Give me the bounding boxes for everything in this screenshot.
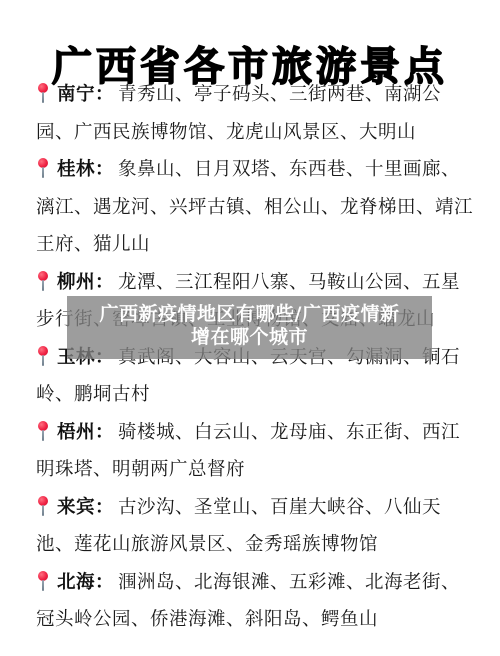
city-entry-guilin: 桂林：象鼻山、日月双塔、东西巷、十里画廊、漓江、遇龙河、兴坪古镇、相公山、龙脊梯… <box>36 151 476 264</box>
separator: ： <box>95 159 114 180</box>
city-name: 桂林 <box>57 159 95 180</box>
round-pushpin-icon <box>36 346 50 366</box>
round-pushpin-icon <box>36 271 50 291</box>
round-pushpin-icon <box>36 158 50 178</box>
separator: ： <box>95 84 114 105</box>
separator: ： <box>95 422 114 443</box>
city-name: 来宾 <box>57 497 95 518</box>
city-entry-wuzhou: 梧州：骑楼城、白云山、龙母庙、东正街、西江明珠塔、明朝两广总督府 <box>36 414 476 489</box>
city-name: 柳州 <box>57 272 95 293</box>
caption-line-2: 增在哪个城市 <box>67 326 432 349</box>
city-entry-nanning: 南宁：青秀山、亭子码头、三街两巷、南湖公园、广西民族博物馆、龙虎山风景区、大明山 <box>36 76 476 151</box>
city-entry-beihai: 北海：涠洲岛、北海银滩、五彩滩、北海老街、冠头岭公园、侨港海滩、斜阳岛、鳄鱼山 <box>36 564 476 639</box>
city-name: 南宁 <box>57 84 95 105</box>
caption-line-1: 广西新疫情地区有哪些/广西疫情新 <box>67 303 432 326</box>
caption-overlay: 广西新疫情地区有哪些/广西疫情新 增在哪个城市 <box>67 296 432 359</box>
separator: ： <box>95 497 114 518</box>
city-name: 梧州 <box>57 422 95 443</box>
round-pushpin-icon <box>36 83 50 103</box>
separator: ： <box>95 572 114 593</box>
separator: ： <box>95 272 114 293</box>
city-name: 北海 <box>57 572 95 593</box>
round-pushpin-icon <box>36 571 50 591</box>
round-pushpin-icon <box>36 496 50 516</box>
city-entry-laibin: 来宾：古沙沟、圣堂山、百崖大峡谷、八仙天池、莲花山旅游风景区、金秀瑶族博物馆 <box>36 489 476 564</box>
round-pushpin-icon <box>36 421 50 441</box>
